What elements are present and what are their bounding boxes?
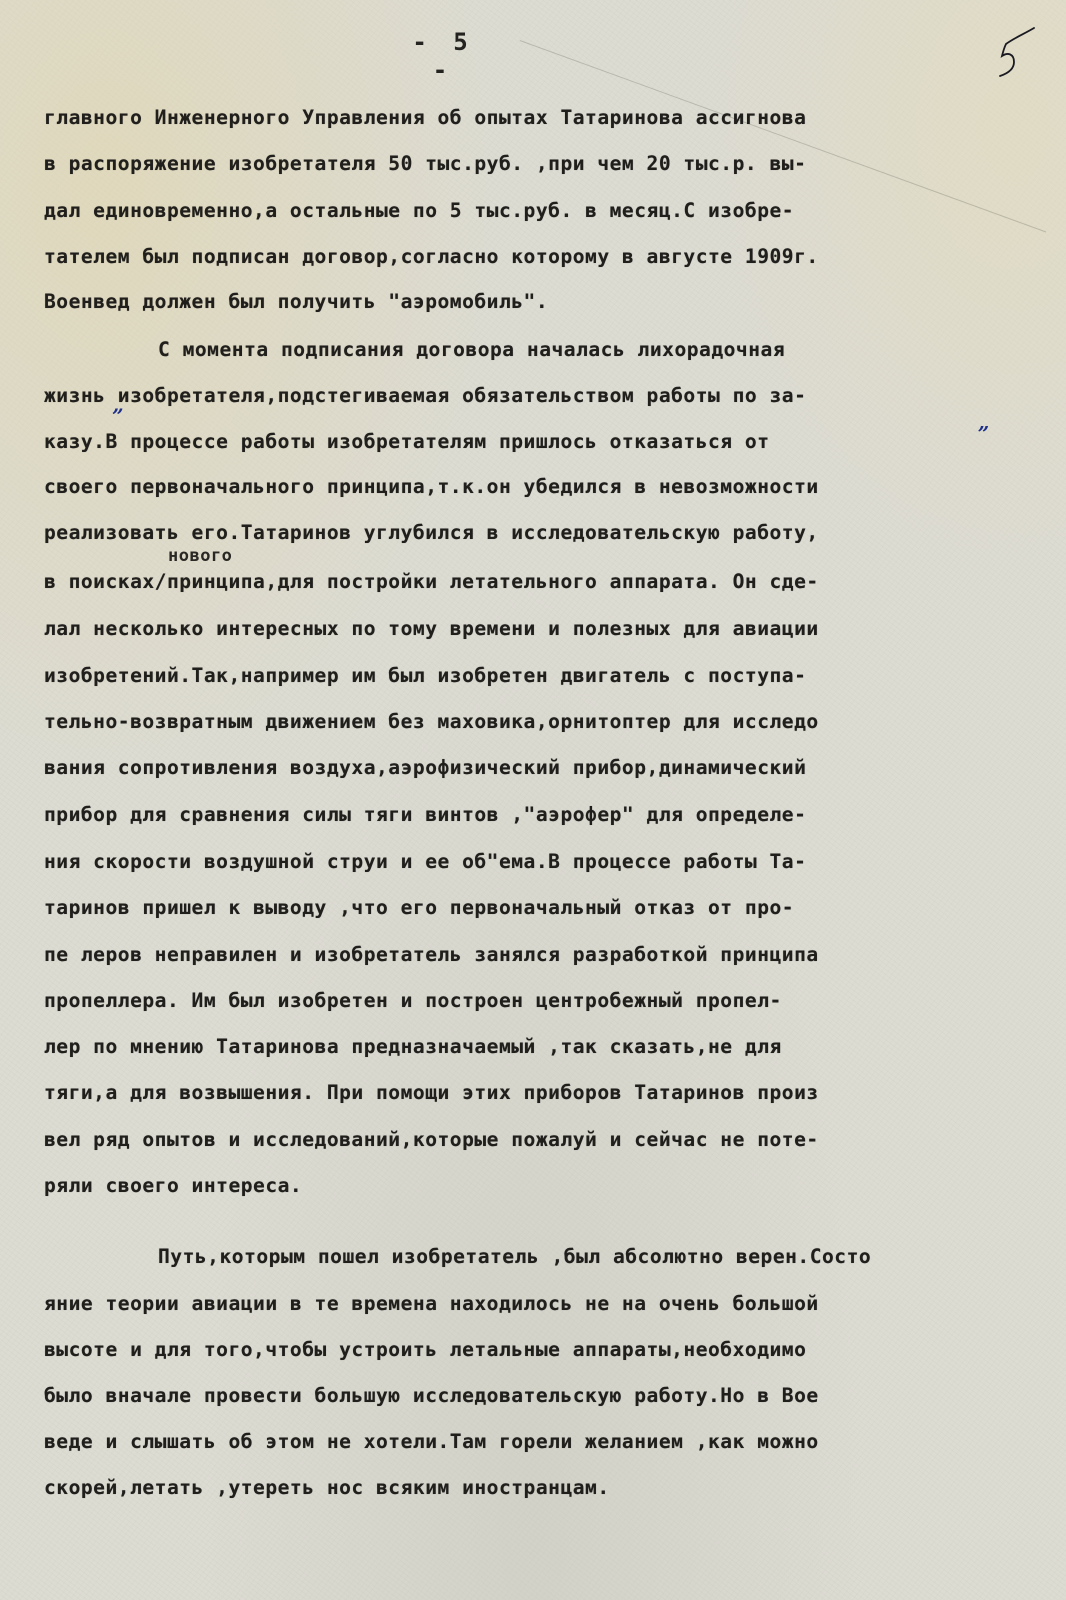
text-line: дал единовременно,а остальные по 5 тыс.р… bbox=[44, 199, 794, 223]
text-line: прибор для сравнения силы тяги винтов ,"… bbox=[44, 803, 806, 827]
text-line: лер по мнению Татаринова предназначаемый… bbox=[44, 1035, 782, 1059]
text-line: ряли своего интереса. bbox=[44, 1174, 302, 1198]
text-line: в поисках/принципа,для постройки летател… bbox=[44, 570, 819, 594]
interlinear-insert: нового bbox=[168, 546, 232, 566]
text-line: пе леров неправилен и изобретатель занял… bbox=[44, 943, 819, 967]
document-page: - 5 - главного Инженерного Управления об… bbox=[0, 0, 1066, 1600]
text-line: тяги,а для возвышения. При помощи этих п… bbox=[44, 1081, 819, 1105]
text-line: таринов пришел к выводу ,что его первона… bbox=[44, 896, 794, 920]
text-line: С момента подписания договора началась л… bbox=[158, 338, 785, 362]
text-line: главного Инженерного Управления об опыта… bbox=[44, 106, 806, 130]
text-line: скорей,летать ,утереть нос всяким иностр… bbox=[44, 1476, 610, 1500]
handwritten-quote-open: ” bbox=[112, 404, 124, 428]
text-line: вания сопротивления воздуха,аэрофизическ… bbox=[44, 756, 806, 780]
text-line: тельно-возвратным движением без маховика… bbox=[44, 710, 819, 734]
text-line: ния скорости воздушной струи и ее об"ема… bbox=[44, 850, 806, 874]
page-number: - 5 - bbox=[398, 28, 488, 84]
text-line: тателем был подписан договор,согласно ко… bbox=[44, 245, 819, 269]
text-line: реализовать его.Татаринов углубился в ис… bbox=[44, 521, 819, 545]
text-line: своего первоначального принципа,т.к.он у… bbox=[44, 475, 819, 499]
text-line: пропеллера. Им был изобретен и построен … bbox=[44, 989, 782, 1013]
text-line: Путь,которым пошел изобретатель ,был абс… bbox=[158, 1245, 871, 1269]
text-line: яние теории авиации в те времена находил… bbox=[44, 1292, 819, 1316]
text-line: Военвед должен был получить "аэромобиль"… bbox=[44, 290, 548, 314]
text-line: жизнь изобретателя,подстегиваемая обязат… bbox=[44, 384, 806, 408]
text-line: в распоряжение изобретателя 50 тыс.руб. … bbox=[44, 152, 806, 176]
text-line: казу.В процессе работы изобретателям при… bbox=[44, 430, 770, 454]
text-line: веде и слышать об этом не хотели.Там гор… bbox=[44, 1430, 819, 1454]
text-line: лал несколько интересных по тому времени… bbox=[44, 617, 819, 641]
handwritten-quote-close: „ bbox=[978, 410, 990, 434]
text-line: вел ряд опытов и исследований,которые по… bbox=[44, 1128, 819, 1152]
text-line: высоте и для того,чтобы устроить летальн… bbox=[44, 1338, 806, 1362]
text-line: было вначале провести большую исследоват… bbox=[44, 1384, 819, 1408]
handwritten-folio-number bbox=[990, 24, 1040, 84]
text-line: изобретений.Так,например им был изобрете… bbox=[44, 664, 806, 688]
